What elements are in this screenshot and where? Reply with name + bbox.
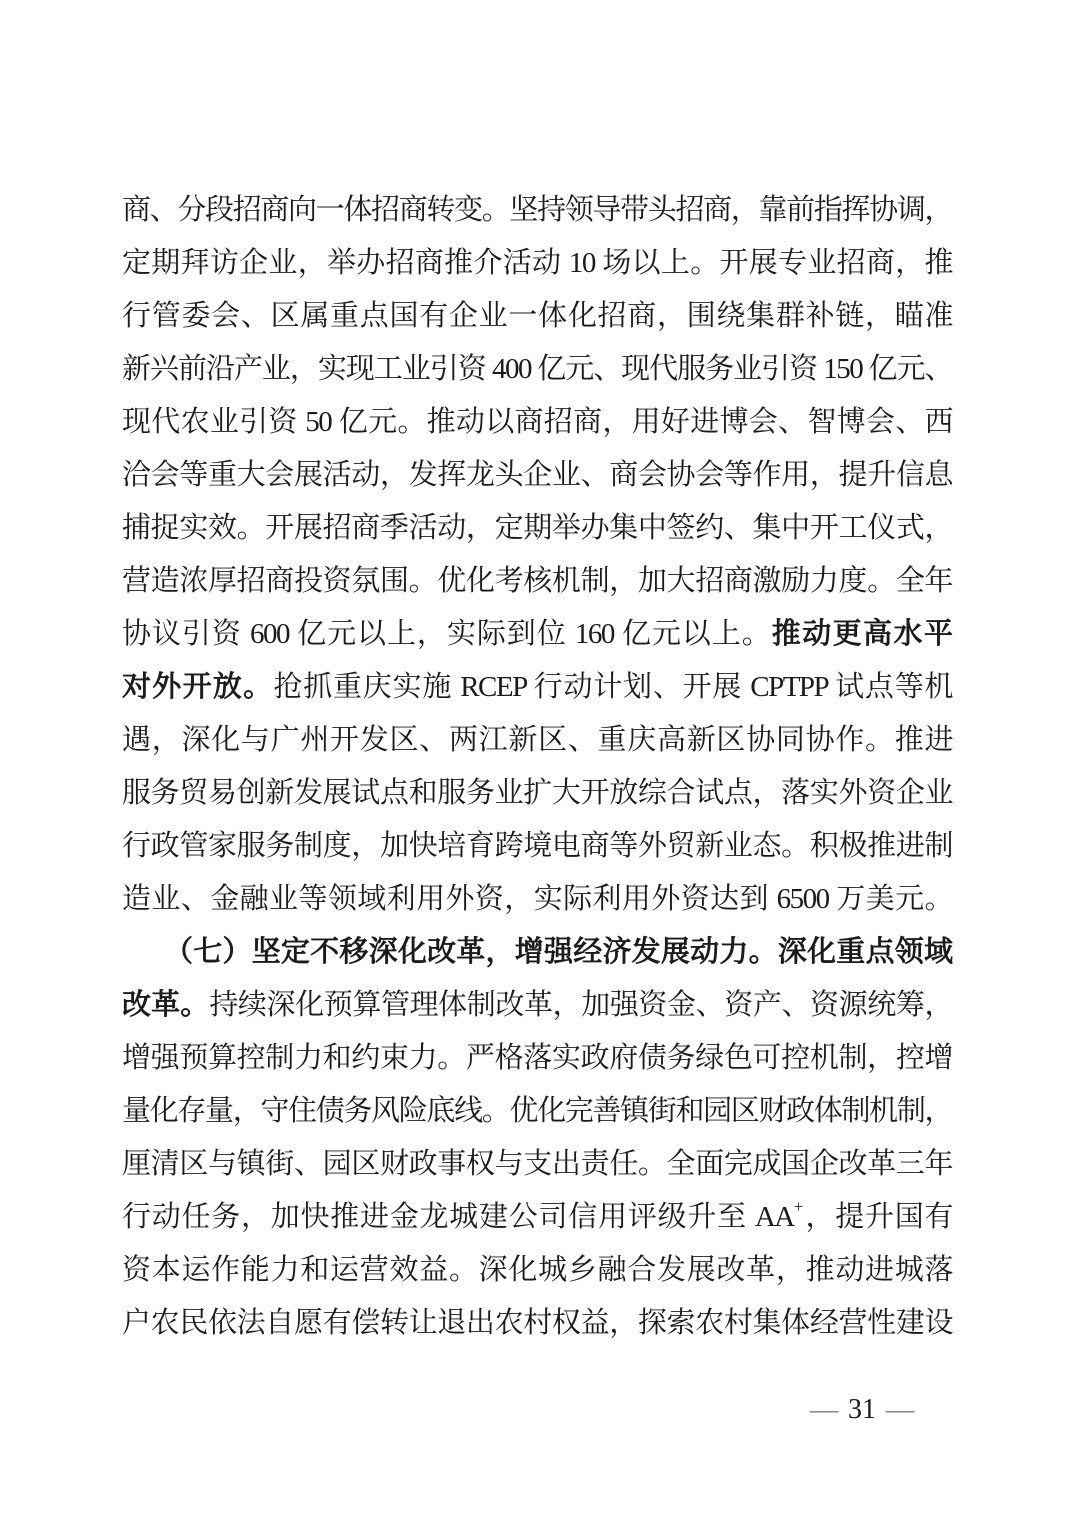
text-block: 商、分段招商向一体招商转变。坚持领导带头招商，靠前指挥协调，定期拜访企业，举办招… <box>122 184 952 1350</box>
text-segment: 协议引资 600 亿元以上，实际到位 160 亿元以上。 <box>122 618 772 650</box>
text-segment: 行政管家服务制度，加快培育跨境电商等外贸新业态。积极推进制 <box>122 830 952 862</box>
text-segment: 商、分段招商向一体招商转变。坚持领导带头招商，靠前指挥协调， <box>122 194 952 226</box>
text-line: 厘清区与镇街、园区财政事权与支出责任。全面完成国企改革三年 <box>122 1138 952 1191</box>
document-page: 商、分段招商向一体招商转变。坚持领导带头招商，靠前指挥协调，定期拜访企业，举办招… <box>0 0 1074 1520</box>
text-line: 商、分段招商向一体招商转变。坚持领导带头招商，靠前指挥协调， <box>122 184 952 237</box>
text-line: 量化存量，守住债务风险底线。优化完善镇街和园区财政体制机制， <box>122 1085 952 1138</box>
text-segment: 行管委会、区属重点国有企业一体化招商，围绕集群补链，瞄准 <box>122 300 952 332</box>
text-line: 遇，深化与广州开发区、两江新区、重庆高新区协同协作。推进 <box>122 714 952 767</box>
text-line: 行管委会、区属重点国有企业一体化招商，围绕集群补链，瞄准 <box>122 290 952 343</box>
text-line: 行动任务，加快推进金龙城建公司信用评级升至 AA+，提升国有 <box>122 1191 952 1244</box>
text-line: 对外开放。抢抓重庆实施 RCEP 行动计划、开展 CPTPP 试点等机 <box>122 661 952 714</box>
text-segment: 厘清区与镇街、园区财政事权与支出责任。全面完成国企改革三年 <box>122 1148 952 1180</box>
text-segment: + <box>794 1197 803 1216</box>
bold-text-segment: 深化重点领域 <box>778 936 952 968</box>
bold-text-segment: 改革。 <box>122 989 209 1021</box>
text-segment: 遇，深化与广州开发区、两江新区、重庆高新区协同协作。推进 <box>122 724 952 756</box>
bold-text-segment: （七）坚定不移深化改革，增强经济发展动力。 <box>164 936 778 968</box>
text-segment: 造业、金融业等领域利用外资，实际利用外资达到 6500 万美元。 <box>122 883 952 915</box>
page-number-value: 31 <box>848 1390 876 1430</box>
text-segment: 营造浓厚招商投资氛围。优化考核机制，加大招商激励力度。全年 <box>122 565 952 597</box>
text-segment: 资本运作能力和运营效益。深化城乡融合发展改革，推动进城落 <box>122 1254 952 1286</box>
page-number: — 31 — <box>796 1390 928 1430</box>
text-line: （七）坚定不移深化改革，增强经济发展动力。深化重点领域 <box>122 926 952 979</box>
text-segment: 量化存量，守住债务风险底线。优化完善镇街和园区财政体制机制， <box>122 1095 952 1127</box>
text-line: 行政管家服务制度，加快培育跨境电商等外贸新业态。积极推进制 <box>122 820 952 873</box>
text-segment: 捕捉实效。开展招商季活动，定期举办集中签约、集中开工仪式， <box>122 512 952 544</box>
text-segment: 服务贸易创新发展试点和服务业扩大开放综合试点，落实外资企业 <box>122 777 952 809</box>
text-segment: 户农民依法自愿有偿转让退出农村权益，探索农村集体经营性建设 <box>122 1307 952 1339</box>
text-line: 服务贸易创新发展试点和服务业扩大开放综合试点，落实外资企业 <box>122 767 952 820</box>
bold-text-segment: 对外开放。 <box>122 671 273 703</box>
text-segment: 增强预算控制力和约束力。严格落实政府债务绿色可控机制，控增 <box>122 1042 952 1074</box>
text-line: 捕捉实效。开展招商季活动，定期举办集中签约、集中开工仪式， <box>122 502 952 555</box>
text-segment: 抢抓重庆实施 RCEP 行动计划、开展 CPTPP 试点等机 <box>273 671 952 703</box>
page-number-dash-right: — <box>886 1390 915 1430</box>
text-segment: 持续深化预算管理体制改革，加强资金、资产、资源统筹， <box>209 989 952 1021</box>
text-segment: 行动任务，加快推进金龙城建公司信用评级升至 AA <box>122 1201 794 1233</box>
text-line: 改革。持续深化预算管理体制改革，加强资金、资产、资源统筹， <box>122 979 952 1032</box>
text-segment: ，提升国有 <box>803 1201 952 1233</box>
text-line: 协议引资 600 亿元以上，实际到位 160 亿元以上。推动更高水平 <box>122 608 952 661</box>
text-line: 洽会等重大会展活动，发挥龙头企业、商会协会等作用，提升信息 <box>122 449 952 502</box>
text-line: 营造浓厚招商投资氛围。优化考核机制，加大招商激励力度。全年 <box>122 555 952 608</box>
text-line: 造业、金融业等领域利用外资，实际利用外资达到 6500 万美元。 <box>122 873 952 926</box>
text-line: 新兴前沿产业，实现工业引资 400 亿元、现代服务业引资 150 亿元、 <box>122 343 952 396</box>
page-number-dash-left: — <box>810 1390 839 1430</box>
text-line: 户农民依法自愿有偿转让退出农村权益，探索农村集体经营性建设 <box>122 1297 952 1350</box>
text-segment: 现代农业引资 50 亿元。推动以商招商，用好进博会、智博会、西 <box>122 406 952 438</box>
text-segment: 洽会等重大会展活动，发挥龙头企业、商会协会等作用，提升信息 <box>122 459 952 491</box>
text-segment: 定期拜访企业，举办招商推介活动 10 场以上。开展专业招商，推 <box>122 247 952 279</box>
text-line: 定期拜访企业，举办招商推介活动 10 场以上。开展专业招商，推 <box>122 237 952 290</box>
text-line: 现代农业引资 50 亿元。推动以商招商，用好进博会、智博会、西 <box>122 396 952 449</box>
text-segment: 新兴前沿产业，实现工业引资 400 亿元、现代服务业引资 150 亿元、 <box>122 353 952 385</box>
text-line: 增强预算控制力和约束力。严格落实政府债务绿色可控机制，控增 <box>122 1032 952 1085</box>
bold-text-segment: 推动更高水平 <box>772 618 952 650</box>
text-line: 资本运作能力和运营效益。深化城乡融合发展改革，推动进城落 <box>122 1244 952 1297</box>
